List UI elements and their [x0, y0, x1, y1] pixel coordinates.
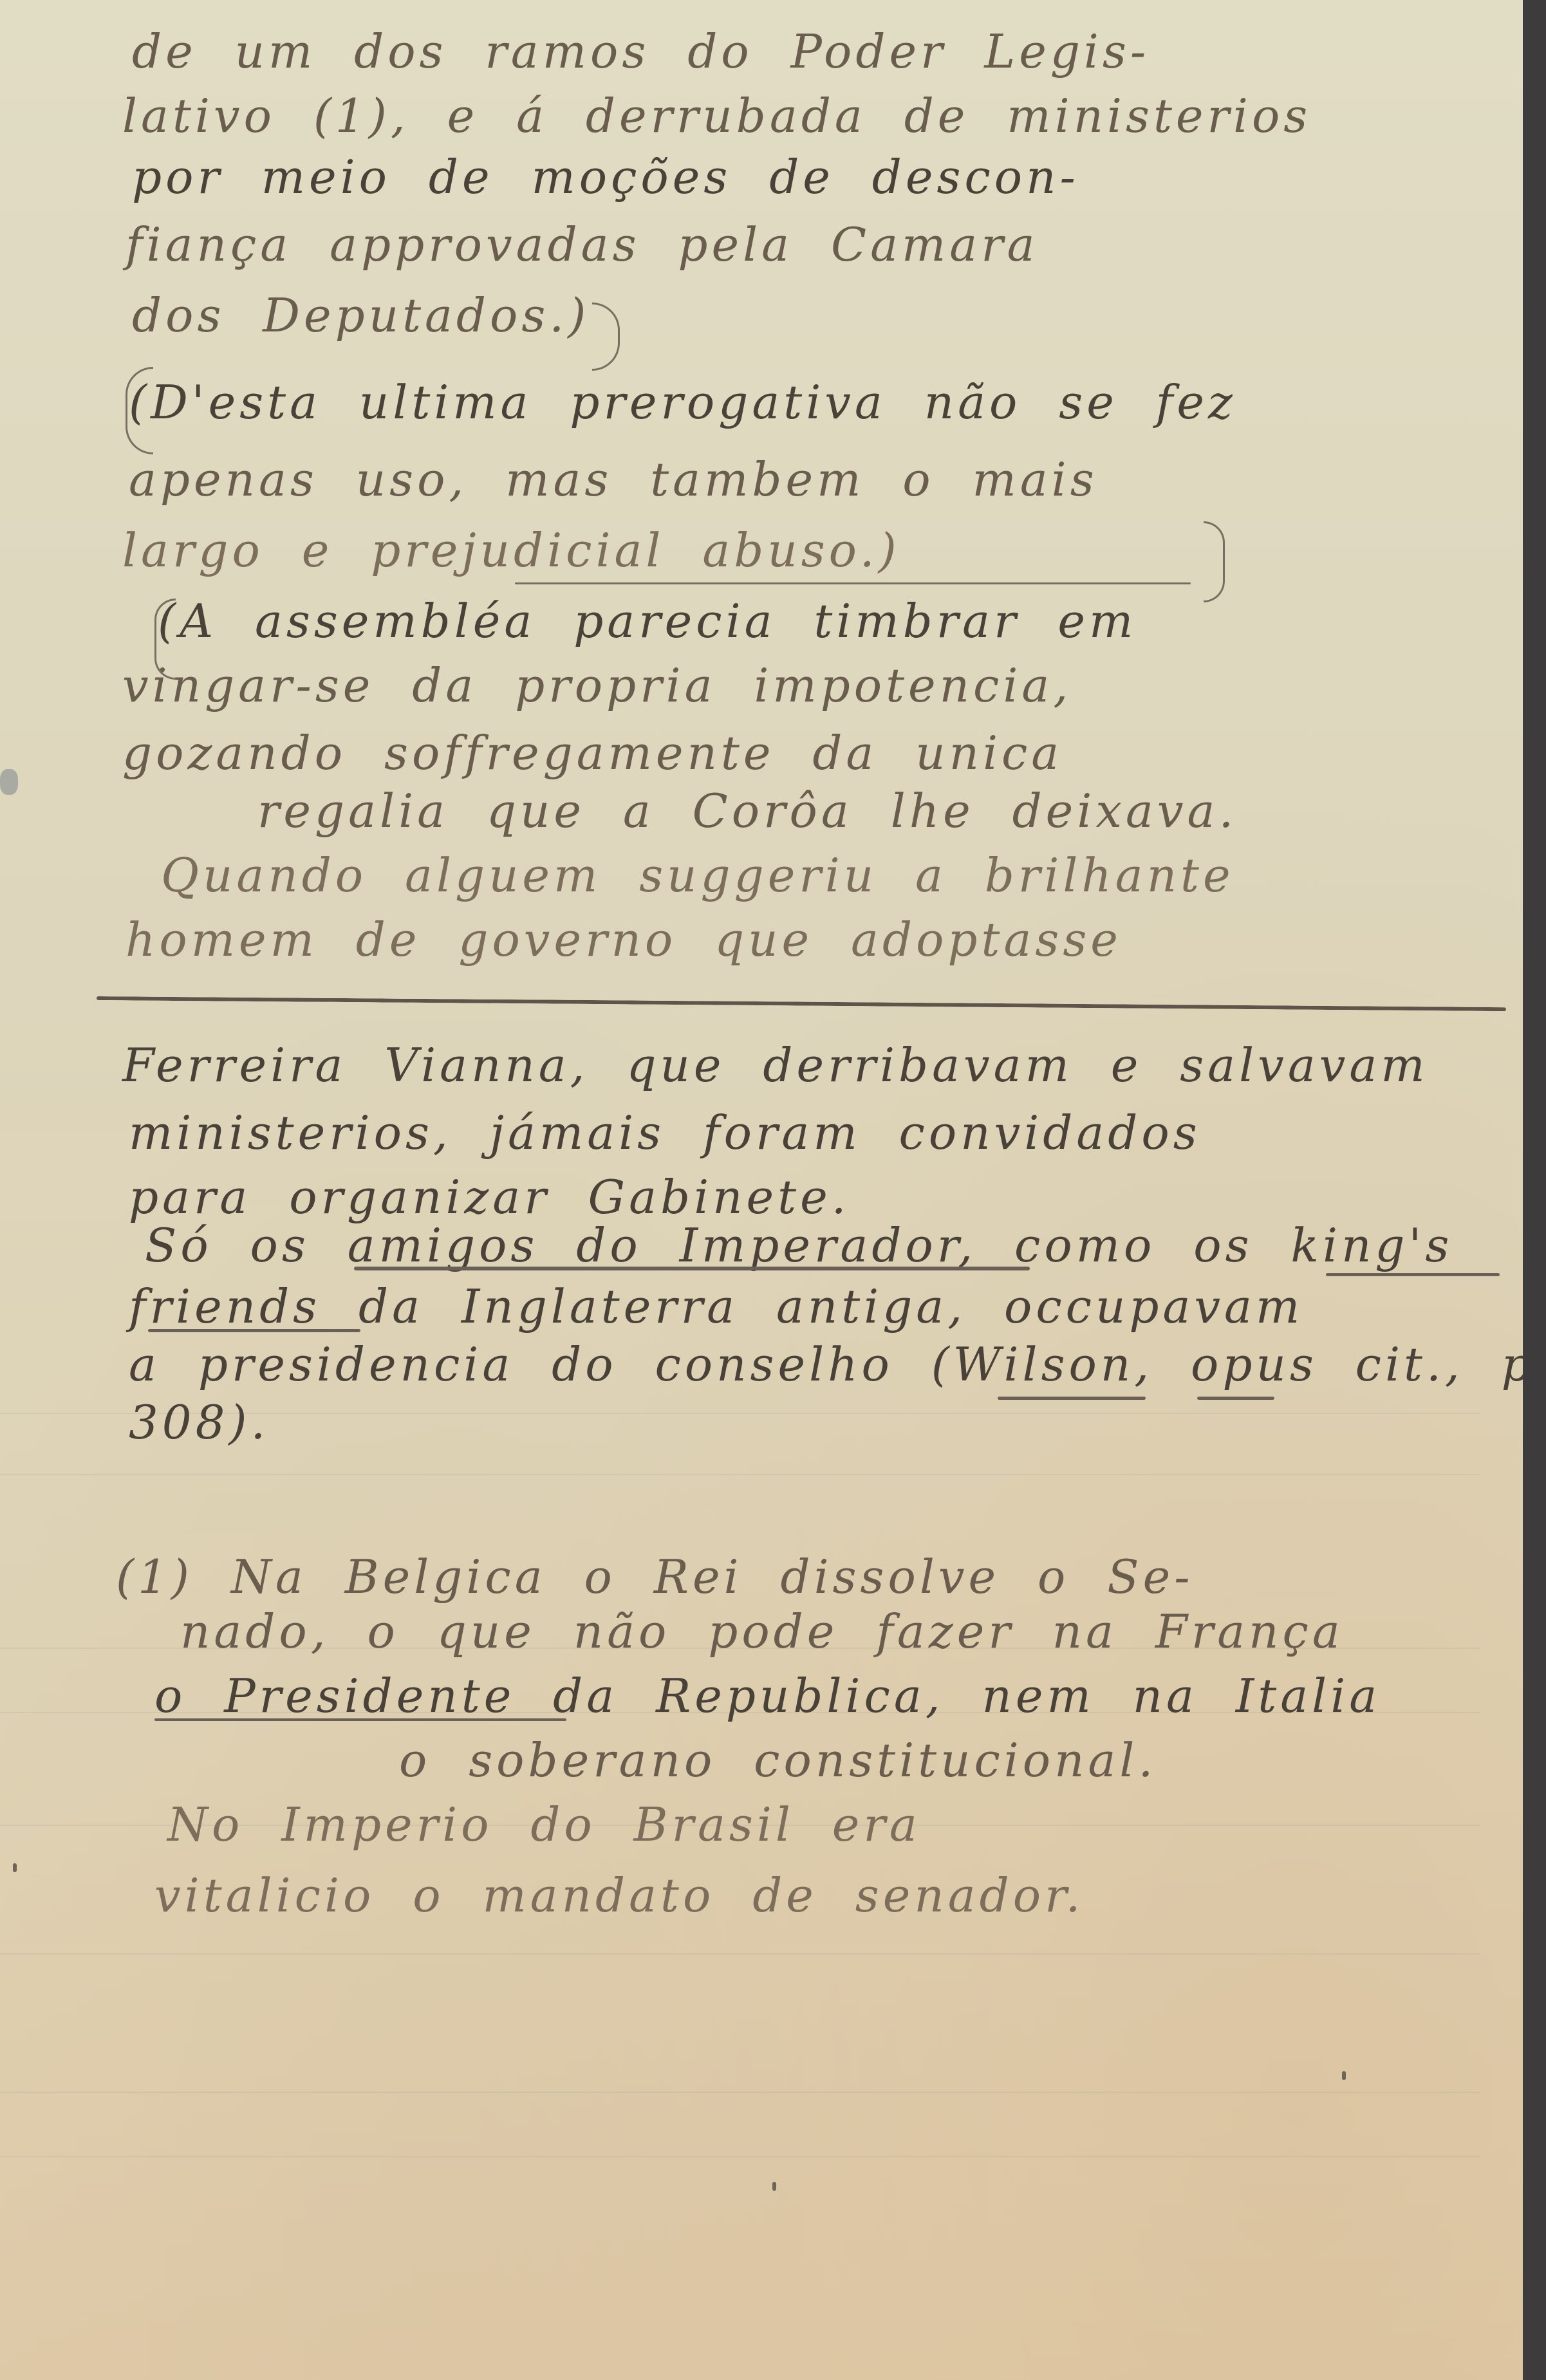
ink-dot	[772, 2182, 776, 2191]
text-line: (D'esta ultima prerogativa não se fez	[129, 373, 1236, 431]
text-line: lativo (1), e á derrubada de ministerios	[122, 87, 1311, 145]
underline-presidente	[154, 1718, 566, 1721]
parenthesis-bracket	[126, 367, 153, 454]
page-edge-shadow	[1523, 0, 1546, 2380]
ruled-line	[0, 1474, 1480, 1475]
ink-dot	[13, 1863, 17, 1872]
footnote-line: (1) Na Belgica o Rei dissolve o Se-	[116, 1548, 1194, 1606]
text-line: de um dos ramos do Poder Legis-	[132, 23, 1150, 80]
wavy-underline	[515, 582, 1191, 584]
footnote-line: No Imperio do Brasil era	[167, 1796, 921, 1854]
underline-amigos-do-imperador	[354, 1267, 1030, 1270]
manuscript-page: de um dos ramos do Poder Legis- lativo (…	[0, 0, 1523, 2380]
text-line: dos Deputados.)	[132, 286, 590, 344]
text-line: fiança approvadas pela Camara	[126, 216, 1039, 274]
footnote-marker: (1)	[116, 1550, 193, 1604]
parenthesis-bracket	[592, 302, 620, 371]
text-line: largo e prejudicial abuso.)	[122, 521, 900, 579]
text-line: regalia que a Corôa lhe deixava.	[257, 782, 1237, 840]
text-line: por meio de moções de descon-	[132, 148, 1079, 206]
footnote-line: nado, o que não pode fazer na França	[180, 1603, 1344, 1660]
underline-wilson	[998, 1397, 1146, 1400]
text-line: Só os amigos do Imperador, como os king'…	[145, 1216, 1453, 1274]
text-line: gozando soffregamente da unica	[122, 724, 1063, 782]
underline-kings	[1326, 1273, 1500, 1276]
text-line: 308).	[129, 1393, 269, 1451]
text-line: ministerios, jámais foram convidados	[129, 1104, 1201, 1162]
underline-opus	[1197, 1397, 1274, 1400]
text-line: (A assembléa parecia timbrar em	[158, 592, 1137, 650]
parenthesis-bracket	[154, 599, 176, 680]
ink-dot	[1342, 2071, 1346, 2080]
ink-stain	[0, 769, 18, 795]
parenthesis-bracket	[1204, 521, 1225, 602]
footnote-text: Na Belgica o Rei dissolve o Se-	[231, 1550, 1194, 1604]
ruled-line	[0, 2156, 1480, 2157]
ruled-line	[0, 1953, 1480, 1955]
text-line: apenas uso, mas tambem o mais	[129, 451, 1098, 508]
section-separator	[97, 996, 1506, 1011]
text-line: Quando alguem suggeriu a brilhante	[161, 846, 1234, 904]
footnote-line: vitalicio o mandato de senador.	[154, 1866, 1084, 1924]
footnote-line: o soberano constitucional.	[399, 1731, 1157, 1789]
text-line: vingar-se da propria impotencia,	[122, 656, 1072, 714]
underline-friends	[148, 1329, 360, 1332]
text-line: friends da Inglaterra antiga, occupavam	[129, 1278, 1303, 1335]
text-line: Ferreira Vianna, que derribavam e salvav…	[122, 1036, 1429, 1094]
text-line: a presidencia do conselho (Wilson, opus …	[129, 1335, 1546, 1393]
text-line: homem de governo que adoptasse	[126, 911, 1122, 969]
ruled-line	[0, 2092, 1480, 2093]
footnote-line: o Presidente da Republica, nem na Italia	[154, 1667, 1381, 1725]
